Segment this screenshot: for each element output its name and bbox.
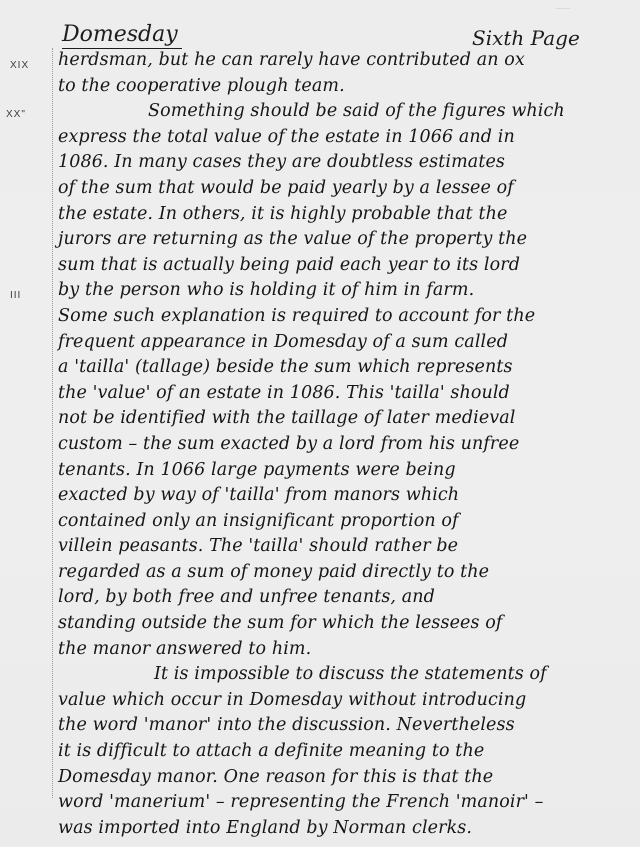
text-line: exacted by way of 'tailla' from manors w… xyxy=(58,483,618,509)
text-line: word 'manerium' – representing the Frenc… xyxy=(58,790,618,816)
text-line: tenants. In 1066 large payments were bei… xyxy=(58,458,618,484)
text-line: to the cooperative plough team. xyxy=(58,74,618,100)
text-line: by the person who is holding it of him i… xyxy=(58,278,618,304)
margin-note-roman-iii: III xyxy=(10,290,21,301)
text-line: sum that is actually being paid each yea… xyxy=(58,253,618,279)
faint-top-mark xyxy=(556,0,570,9)
text-line: frequent appearance in Domesday of a sum… xyxy=(58,330,618,356)
text-line: herdsman, but he can rarely have contrib… xyxy=(58,48,618,74)
text-line-paragraph-start: It is impossible to discuss the statemen… xyxy=(58,662,618,688)
text-line: not be identified with the taillage of l… xyxy=(58,406,618,432)
text-line: standing outside the sum for which the l… xyxy=(58,611,618,637)
text-line: jurors are returning as the value of the… xyxy=(58,227,618,253)
text-line: it is difficult to attach a definite mea… xyxy=(58,739,618,765)
page-label: Sixth Page xyxy=(472,26,580,50)
text-line: contained only an insignificant proporti… xyxy=(58,509,618,535)
text-line: the estate. In others, it is highly prob… xyxy=(58,202,618,228)
body-text: herdsman, but he can rarely have contrib… xyxy=(58,48,618,841)
text-line: Some such explanation is required to acc… xyxy=(58,304,618,330)
margin-note-roman-xix: XIX xyxy=(10,60,29,71)
text-line: express the total value of the estate in… xyxy=(58,125,618,151)
text-line: villein peasants. The 'tailla' should ra… xyxy=(58,534,618,560)
text-line: the word 'manor' into the discussion. Ne… xyxy=(58,713,618,739)
text-line: Domesday manor. One reason for this is t… xyxy=(58,765,618,791)
text-line: lord, by both free and unfree tenants, a… xyxy=(58,585,618,611)
text-line: regarded as a sum of money paid directly… xyxy=(58,560,618,586)
handwritten-page: Domesday Sixth Page XIX XX" III herdsman… xyxy=(0,0,640,847)
text-line: was imported into England by Norman cler… xyxy=(58,816,618,842)
margin-note-roman-xx: XX" xyxy=(6,109,26,120)
text-line: a 'tailla' (tallage) beside the sum whic… xyxy=(58,355,618,381)
document-heading: Domesday xyxy=(62,22,182,49)
margin-rule xyxy=(52,48,53,798)
text-line: value which occur in Domesday without in… xyxy=(58,688,618,714)
text-line: the manor answered to him. xyxy=(58,637,618,663)
text-line: 1086. In many cases they are doubtless e… xyxy=(58,150,618,176)
text-line: custom – the sum exacted by a lord from … xyxy=(58,432,618,458)
text-line: of the sum that would be paid yearly by … xyxy=(58,176,618,202)
text-line: the 'value' of an estate in 1086. This '… xyxy=(58,381,618,407)
text-line-paragraph-start: Something should be said of the figures … xyxy=(58,99,618,125)
